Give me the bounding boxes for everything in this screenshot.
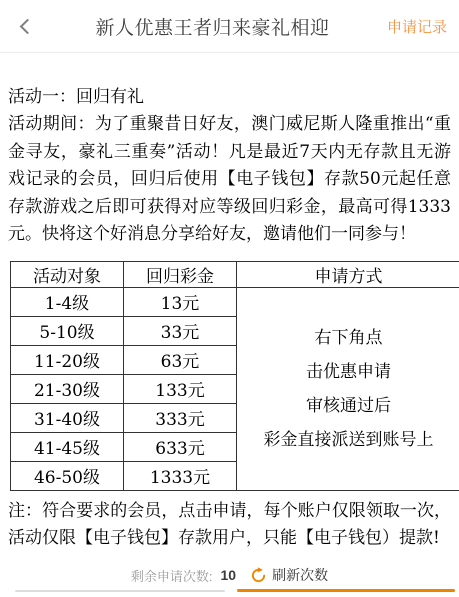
refresh-count-button[interactable]: 刷新次数 <box>250 565 328 585</box>
bonus-cell: 333元 <box>124 403 237 432</box>
bonus-cell: 13元 <box>124 287 237 316</box>
table-row: 1-4级 13元 右下角点 击优惠申请 审核通过后 彩金直接派送到账号上 <box>11 287 459 316</box>
main-content: 活动一：回归有礼 活动期间：为了重聚昔日好友，澳门威尼斯人隆重推出“重金寻友，豪… <box>0 53 459 552</box>
level-cell: 1-4级 <box>11 287 124 316</box>
bonus-cell: 63元 <box>124 345 237 374</box>
apply-records-link[interactable]: 申请记录 <box>387 16 447 37</box>
apply-method-cell: 右下角点 击优惠申请 审核通过后 彩金直接派送到账号上 <box>237 287 459 490</box>
remaining-count-value: 10 <box>221 567 237 583</box>
header: 新人优惠王者归来豪礼相迎 申请记录 <box>0 0 459 53</box>
page-title: 新人优惠王者归来豪礼相迎 <box>38 13 387 40</box>
footer-bar: 剩余申请次数: 10 刷新次数 <box>0 553 459 597</box>
bonus-cell: 33元 <box>124 316 237 345</box>
level-cell: 41-45级 <box>11 432 124 461</box>
back-button[interactable] <box>12 13 38 39</box>
bonus-cell: 1333元 <box>124 461 237 490</box>
chevron-left-icon <box>19 18 35 34</box>
bonus-cell: 133元 <box>124 374 237 403</box>
terms-note: 注：符合要求的会员，点击申请，每个账户仅限领取一次，活动仅限【电子钱包】存款用户… <box>8 498 451 552</box>
level-cell: 11-20级 <box>11 345 124 374</box>
level-cell: 46-50级 <box>11 461 124 490</box>
remaining-count-label: 剩余申请次数: <box>131 566 213 585</box>
scroll-indicator-gray <box>15 590 225 592</box>
scroll-indicator-orange <box>237 589 455 592</box>
refresh-count-label: 刷新次数 <box>272 565 328 585</box>
refresh-icon <box>250 567 267 584</box>
promo-page: 新人优惠王者归来豪礼相迎 申请记录 活动一：回归有礼 活动期间：为了重聚昔日好友… <box>0 0 459 597</box>
col-header-apply-method: 申请方式 <box>237 261 459 287</box>
activity-description: 活动期间：为了重聚昔日好友，澳门威尼斯人隆重推出“重金寻友，豪礼三重奏”活动！凡… <box>8 111 451 249</box>
col-header-return-bonus: 回归彩金 <box>124 261 237 287</box>
table-header-row: 活动对象 回归彩金 申请方式 <box>11 261 459 287</box>
col-header-activity-target: 活动对象 <box>11 261 124 287</box>
level-cell: 21-30级 <box>11 374 124 403</box>
level-cell: 31-40级 <box>11 403 124 432</box>
bonus-cell: 633元 <box>124 432 237 461</box>
level-cell: 5-10级 <box>11 316 124 345</box>
activity-title: 活动一：回归有礼 <box>8 84 451 111</box>
rewards-table: 活动对象 回归彩金 申请方式 1-4级 13元 右下角点 击优惠申请 审核通过后… <box>10 261 459 491</box>
